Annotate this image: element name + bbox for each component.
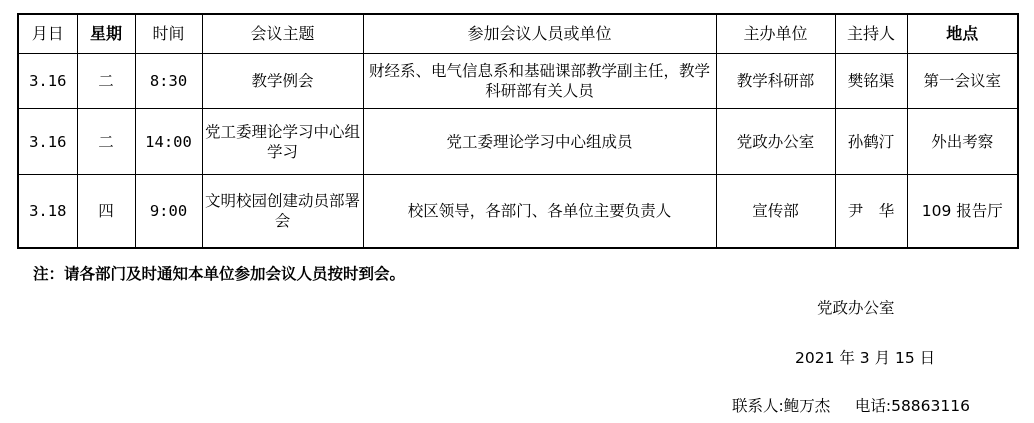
cell-topic: 党工委理论学习中心组学习: [202, 109, 363, 175]
cell-attendees: 校区领导，各部门、各单位主要负责人: [363, 175, 716, 249]
cell-time: 8:30: [135, 54, 202, 109]
cell-topic: 文明校园创建动员部署会: [202, 175, 363, 249]
cell-location: 外出考察: [907, 109, 1018, 175]
cell-time: 9:00: [135, 175, 202, 249]
header-topic: 会议主题: [202, 14, 363, 54]
cell-attendees: 财经系、电气信息系和基础课部教学副主任，教学科研部有关人员: [363, 54, 716, 109]
cell-organizer: 宣传部: [716, 175, 835, 249]
header-attendees: 参加会议人员或单位: [363, 14, 716, 54]
table-row: 3.16 二 14:00 党工委理论学习中心组学习 党工委理论学习中心组成员 党…: [18, 109, 1018, 175]
issue-date: 2021 年 3 月 15 日: [795, 346, 935, 368]
meeting-schedule-table: 月日 星期 时间 会议主题 参加会议人员或单位 主办单位 主持人 地点 3.16…: [17, 13, 1019, 249]
cell-host: 尹 华: [835, 175, 907, 249]
header-weekday: 星期: [77, 14, 135, 54]
cell-attendees: 党工委理论学习中心组成员: [363, 109, 716, 175]
contact-info: 联系人:鲍万杰 电话:58863116: [732, 394, 970, 416]
header-date: 月日: [18, 14, 77, 54]
cell-location: 第一会议室: [907, 54, 1018, 109]
cell-date: 3.16: [18, 109, 77, 175]
cell-weekday: 二: [77, 109, 135, 175]
cell-time: 14:00: [135, 109, 202, 175]
header-time: 时间: [135, 14, 202, 54]
table-row: 3.18 四 9:00 文明校园创建动员部署会 校区领导，各部门、各单位主要负责…: [18, 175, 1018, 249]
header-location: 地点: [907, 14, 1018, 54]
cell-organizer: 教学科研部: [716, 54, 835, 109]
cell-host: 孙鹤汀: [835, 109, 907, 175]
table-row: 3.16 二 8:30 教学例会 财经系、电气信息系和基础课部教学副主任，教学科…: [18, 54, 1018, 109]
cell-location: 109 报告厅: [907, 175, 1018, 249]
footnote: 注：请各部门及时通知本单位参加会议人员按时到会。: [33, 262, 405, 284]
issuing-office: 党政办公室: [817, 296, 895, 318]
cell-weekday: 二: [77, 54, 135, 109]
cell-date: 3.16: [18, 54, 77, 109]
header-host: 主持人: [835, 14, 907, 54]
cell-topic: 教学例会: [202, 54, 363, 109]
table-header-row: 月日 星期 时间 会议主题 参加会议人员或单位 主办单位 主持人 地点: [18, 14, 1018, 54]
cell-weekday: 四: [77, 175, 135, 249]
cell-host: 樊铭渠: [835, 54, 907, 109]
cell-date: 3.18: [18, 175, 77, 249]
cell-organizer: 党政办公室: [716, 109, 835, 175]
header-organizer: 主办单位: [716, 14, 835, 54]
